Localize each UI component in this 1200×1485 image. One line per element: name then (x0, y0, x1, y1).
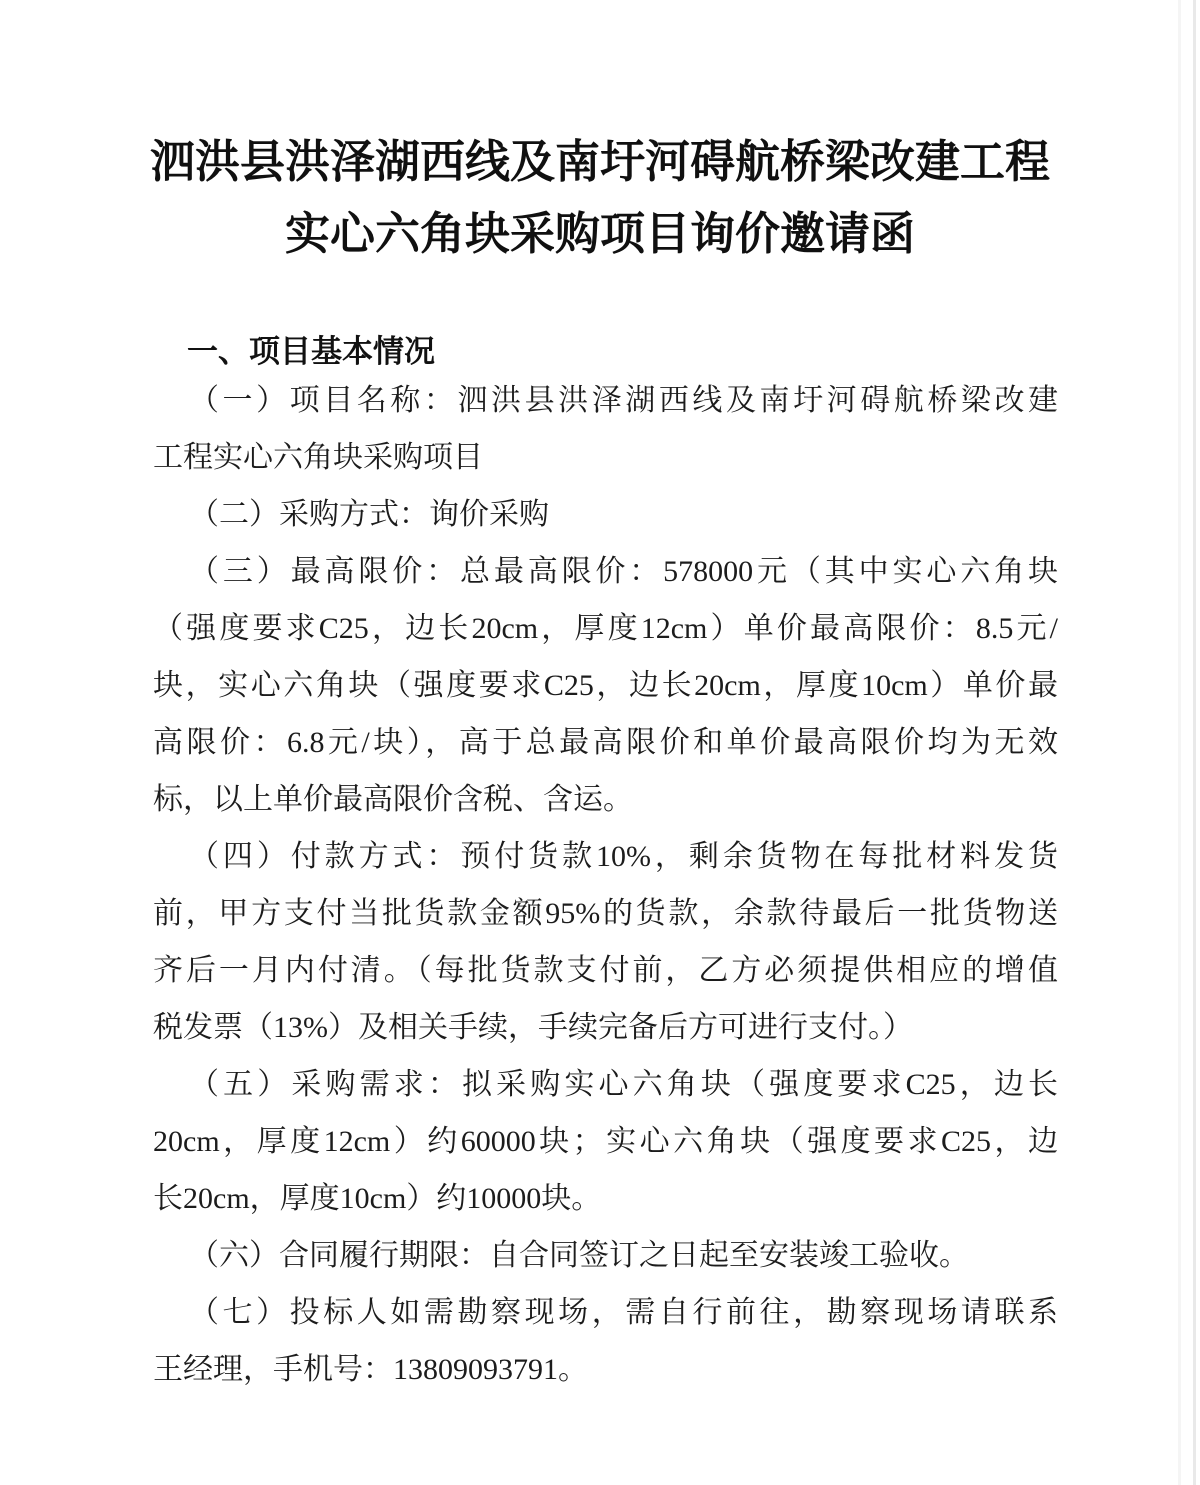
body-line: （三）最高限价：总最高限价：578000元（其中实心六角块 (153, 543, 1058, 600)
body-line: 王经理，手机号：13809093791。 (153, 1341, 1058, 1398)
body-line: 高限价：6.8元/块），高于总最高限价和单价最高限价均为无效 (153, 714, 1058, 771)
body-line: 块，实心六角块（强度要求C25，边长20cm，厚度10cm）单价最 (153, 657, 1058, 714)
body-line: （七）投标人如需勘察现场，需自行前往，勘察现场请联系 (153, 1284, 1058, 1341)
body-line: （六）合同履行期限：自合同签订之日起至安装竣工验收。 (153, 1227, 1058, 1284)
body-line: （二）采购方式：询价采购 (153, 486, 1058, 543)
body-line: 税发票（13%）及相关手续，手续完备后方可进行支付。） (153, 999, 1058, 1056)
body-line: 工程实心六角块采购项目 (153, 429, 1058, 486)
title-line-2: 实心六角块采购项目询价邀请函 (0, 198, 1200, 270)
section-heading: 一、项目基本情况 (153, 331, 435, 373)
body-line: （四）付款方式：预付货款10%，剩余货物在每批材料发货 (153, 828, 1058, 885)
body-line: 20cm，厚度12cm）约60000块；实心六角块（强度要求C25，边 (153, 1113, 1058, 1170)
body-line: （强度要求C25，边长20cm，厚度12cm）单价最高限价：8.5元/ (153, 600, 1058, 657)
title-line-1: 泗洪县洪泽湖西线及南圩河碍航桥梁改建工程 (0, 126, 1200, 198)
document-body: （一）项目名称：泗洪县洪泽湖西线及南圩河碍航桥梁改建 工程实心六角块采购项目 （… (153, 372, 1058, 1398)
document-page: 泗洪县洪泽湖西线及南圩河碍航桥梁改建工程 实心六角块采购项目询价邀请函 一、项目… (0, 0, 1200, 1485)
body-line: （五）采购需求：拟采购实心六角块（强度要求C25，边长 (153, 1056, 1058, 1113)
body-line: 标，以上单价最高限价含税、含运。 (153, 771, 1058, 828)
body-line: 齐后一月内付清。（每批货款支付前，乙方必须提供相应的增值 (153, 942, 1058, 999)
body-line: 长20cm，厚度10cm）约10000块。 (153, 1170, 1058, 1227)
body-line: （一）项目名称：泗洪县洪泽湖西线及南圩河碍航桥梁改建 (153, 372, 1058, 429)
document-title: 泗洪县洪泽湖西线及南圩河碍航桥梁改建工程 实心六角块采购项目询价邀请函 (0, 126, 1200, 270)
body-line: 前，甲方支付当批货款金额95%的货款，余款待最后一批货物送 (153, 885, 1058, 942)
